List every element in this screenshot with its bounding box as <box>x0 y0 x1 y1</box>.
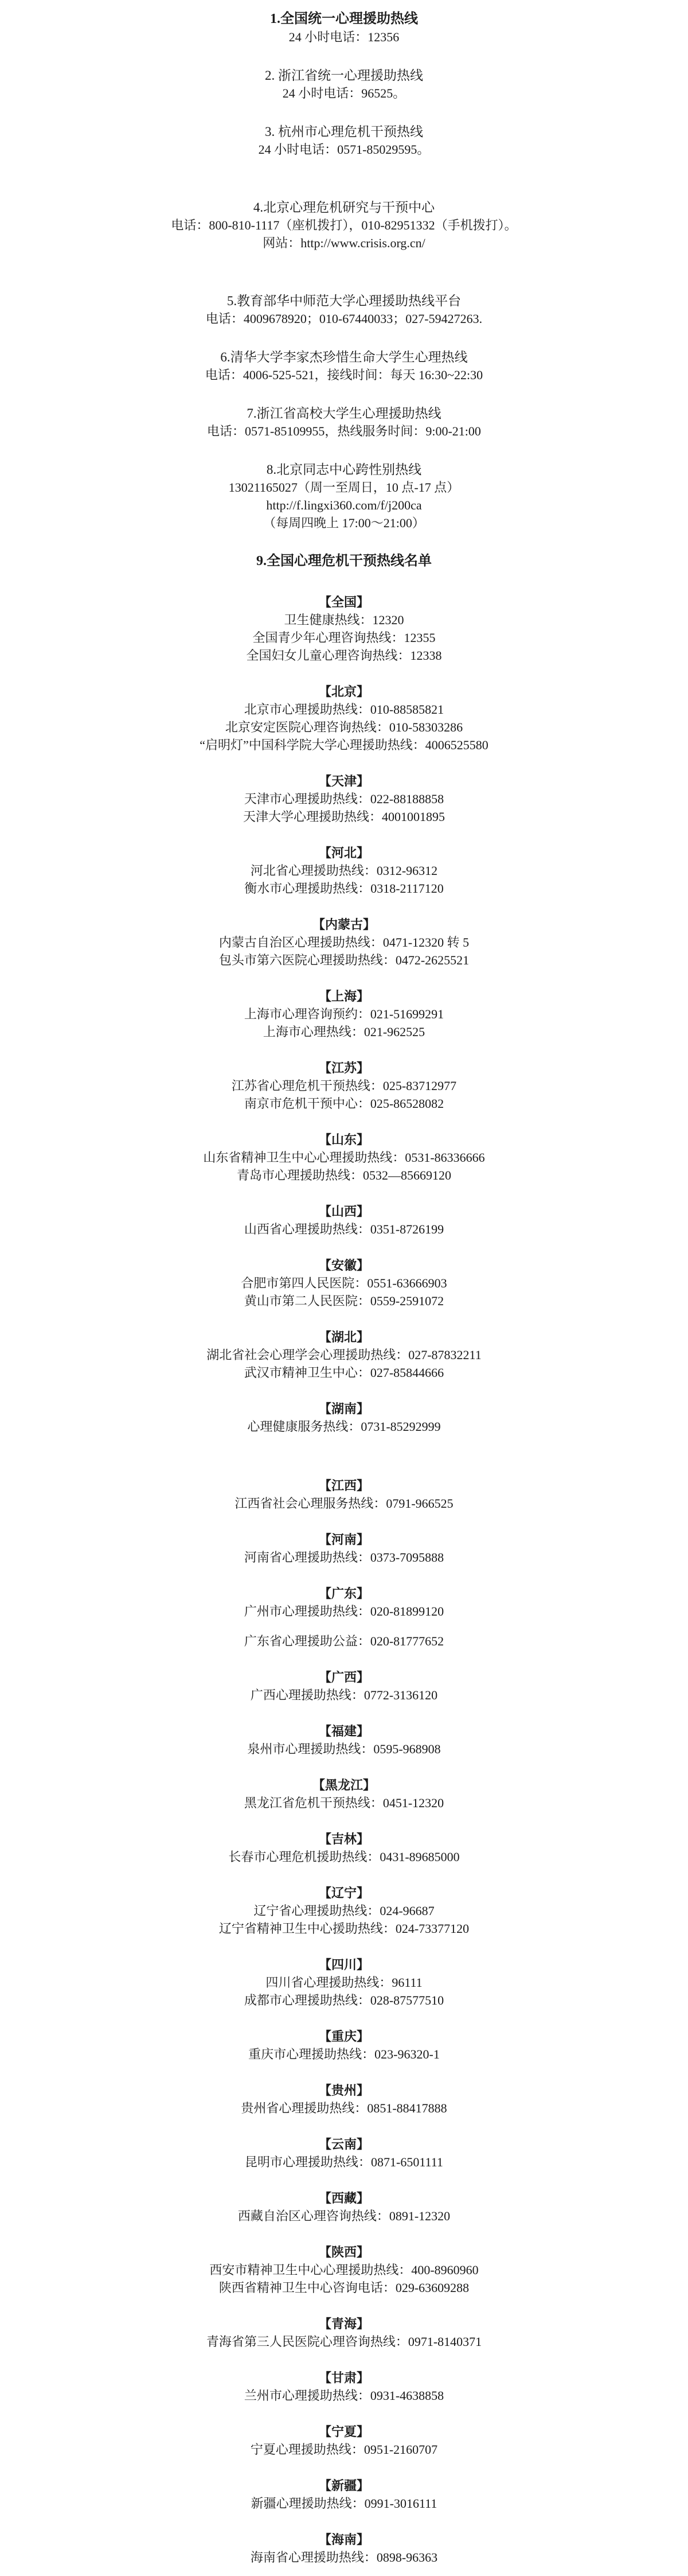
region-line: 河北省心理援助热线：0312-96312 <box>0 862 688 880</box>
region-line: 西藏自治区心理咨询热线：0891-12320 <box>0 2207 688 2225</box>
hotline-item: 2. 浙江省统一心理援助热线24 小时电话：96525。 <box>0 67 688 102</box>
region-header: 【贵州】 <box>0 2081 688 2099</box>
region-line: 河南省心理援助热线：0373-7095888 <box>0 1548 688 1566</box>
region-line: 天津大学心理援助热线：4001001895 <box>0 808 688 826</box>
region-header: 【江西】 <box>0 1477 688 1495</box>
region-line: 上海市心理咨询预约：021-51699291 <box>0 1005 688 1023</box>
region-section: 【河北】河北省心理援助热线：0312-96312衡水市心理援助热线：0318-2… <box>0 844 688 897</box>
hotline-line: 电话：800-810-1117（座机拨打），010-82951332（手机拨打）… <box>0 216 688 234</box>
region-line: 贵州省心理援助热线：0851-88417888 <box>0 2099 688 2117</box>
region-section: 【内蒙古】内蒙古自治区心理援助热线：0471-12320 转 5包头市第六医院心… <box>0 916 688 969</box>
region-header: 【河北】 <box>0 844 688 862</box>
hotline-title: 1.全国统一心理援助热线 <box>0 10 688 28</box>
hotline-line: 网站：http://www.crisis.org.cn/ <box>0 234 688 252</box>
region-line: 合肥市第四人民医院：0551-63666903 <box>0 1274 688 1292</box>
region-line: 昆明市心理援助热线：0871-6501111 <box>0 2153 688 2171</box>
region-line: 海南省心理援助热线：0898-96363 <box>0 2548 688 2566</box>
region-line: 衡水市心理援助热线：0318-2117120 <box>0 880 688 897</box>
region-header: 【四川】 <box>0 1956 688 1974</box>
hotline-title: 2. 浙江省统一心理援助热线 <box>0 67 688 84</box>
region-header: 【吉林】 <box>0 1830 688 1848</box>
region-header: 【北京】 <box>0 683 688 701</box>
region-header: 【湖北】 <box>0 1328 688 1346</box>
region-header: 【宁夏】 <box>0 2423 688 2441</box>
hotline-title: 5.教育部华中师范大学心理援助热线平台 <box>0 292 688 310</box>
directory-title: 9.全国心理危机干预热线名单 <box>0 552 688 570</box>
region-line: 广西心理援助热线：0772-3136120 <box>0 1686 688 1704</box>
region-section: 【新疆】新疆心理援助热线：0991-3016111 <box>0 2477 688 2512</box>
region-line: 黄山市第二人民医院：0559-2591072 <box>0 1292 688 1310</box>
region-line: 辽宁省精神卫生中心援助热线：024-73377120 <box>0 1920 688 1937</box>
region-header: 【内蒙古】 <box>0 916 688 933</box>
region-list: 【全国】卫生健康热线：12320全国青少年心理咨询热线：12355全国妇女儿童心… <box>0 593 688 2566</box>
region-section: 【江苏】江苏省心理危机干预热线：025-83712977南京市危机干预中心：02… <box>0 1059 688 1112</box>
region-section: 【西藏】西藏自治区心理咨询热线：0891-12320 <box>0 2189 688 2225</box>
region-line: 卫生健康热线：12320 <box>0 611 688 629</box>
hotline-document: 1.全国统一心理援助热线24 小时电话：123562. 浙江省统一心理援助热线2… <box>0 0 688 2576</box>
region-header: 【云南】 <box>0 2135 688 2153</box>
hotline-item: 5.教育部华中师范大学心理援助热线平台电话：4009678920；010-674… <box>0 292 688 328</box>
region-header: 【山西】 <box>0 1203 688 1220</box>
region-line: 重庆市心理援助热线：023-96320-1 <box>0 2045 688 2063</box>
region-header: 【黑龙江】 <box>0 1776 688 1794</box>
hotline-line: http://f.lingxi360.com/f/j200ca <box>0 496 688 514</box>
hotline-title: 7.浙江省高校大学生心理援助热线 <box>0 404 688 422</box>
region-header: 【甘肃】 <box>0 2369 688 2387</box>
region-header: 【青海】 <box>0 2315 688 2333</box>
region-header: 【广西】 <box>0 1668 688 1686</box>
region-line: 湖北省社会心理学会心理援助热线：027-87832211 <box>0 1346 688 1364</box>
region-section: 【黑龙江】黑龙江省危机干预热线：0451-12320 <box>0 1776 688 1812</box>
region-line: 宁夏心理援助热线：0951-2160707 <box>0 2441 688 2458</box>
region-header: 【天津】 <box>0 772 688 790</box>
region-section: 【广东】广州市心理援助热线：020-81899120广东省心理援助公益：020-… <box>0 1585 688 1650</box>
region-header: 【山东】 <box>0 1131 688 1149</box>
region-section: 【广西】广西心理援助热线：0772-3136120 <box>0 1668 688 1704</box>
region-line: 天津市心理援助热线：022-88188858 <box>0 790 688 808</box>
region-section: 【四川】四川省心理援助热线：96111成都市心理援助热线：028-8757751… <box>0 1956 688 2009</box>
region-line: 江西省社会心理服务热线：0791-966525 <box>0 1495 688 1512</box>
region-header: 【河南】 <box>0 1531 688 1548</box>
region-section: 【湖南】心理健康服务热线：0731-85292999 <box>0 1400 688 1435</box>
region-line: 山西省心理援助热线：0351-8726199 <box>0 1220 688 1238</box>
region-section: 【全国】卫生健康热线：12320全国青少年心理咨询热线：12355全国妇女儿童心… <box>0 593 688 664</box>
hotline-item: 7.浙江省高校大学生心理援助热线电话：0571-85109955，热线服务时间：… <box>0 404 688 440</box>
hotline-line: 电话：4006-525-521，接线时间：每天 16:30~22:30 <box>0 366 688 384</box>
hotline-item: 4.北京心理危机研究与干预中心电话：800-810-1117（座机拨打），010… <box>0 199 688 252</box>
region-line: 江苏省心理危机干预热线：025-83712977 <box>0 1077 688 1095</box>
region-line: “启明灯”中国科学院大学心理援助热线：4006525580 <box>0 736 688 754</box>
region-line: 广东省心理援助公益：020-81777652 <box>0 1632 688 1650</box>
region-line: 成都市心理援助热线：028-87577510 <box>0 1991 688 2009</box>
hotline-item: 8.北京同志中心跨性别热线13021165027（周一至周日，10 点-17 点… <box>0 461 688 532</box>
region-section: 【河南】河南省心理援助热线：0373-7095888 <box>0 1531 688 1566</box>
region-section: 【宁夏】宁夏心理援助热线：0951-2160707 <box>0 2423 688 2458</box>
hotline-line: （每周四晚上 17:00～21:00） <box>0 514 688 532</box>
region-line: 四川省心理援助热线：96111 <box>0 1974 688 1991</box>
region-section: 【山西】山西省心理援助热线：0351-8726199 <box>0 1203 688 1238</box>
region-section: 【辽宁】辽宁省心理援助热线：024-96687辽宁省精神卫生中心援助热线：024… <box>0 1884 688 1937</box>
hotline-line: 24 小时电话：96525。 <box>0 84 688 102</box>
hotline-title: 8.北京同志中心跨性别热线 <box>0 461 688 478</box>
region-header: 【辽宁】 <box>0 1884 688 1902</box>
region-line: 山东省精神卫生中心心理援助热线：0531-86336666 <box>0 1149 688 1166</box>
region-header: 【全国】 <box>0 593 688 611</box>
hotline-item: 1.全国统一心理援助热线24 小时电话：12356 <box>0 10 688 46</box>
region-line: 内蒙古自治区心理援助热线：0471-12320 转 5 <box>0 933 688 951</box>
region-section: 【北京】北京市心理援助热线：010-88585821北京安定医院心理咨询热线：0… <box>0 683 688 754</box>
region-section: 【上海】上海市心理咨询预约：021-51699291上海市心理热线：021-96… <box>0 987 688 1041</box>
region-section: 【安徽】合肥市第四人民医院：0551-63666903黄山市第二人民医院：055… <box>0 1256 688 1310</box>
region-header: 【安徽】 <box>0 1256 688 1274</box>
region-header: 【广东】 <box>0 1585 688 1602</box>
region-line: 长春市心理危机援助热线：0431-89685000 <box>0 1848 688 1866</box>
hotline-line: 13021165027（周一至周日，10 点-17 点） <box>0 478 688 496</box>
region-section: 【福建】泉州市心理援助热线：0595-968908 <box>0 1722 688 1758</box>
hotline-title: 3. 杭州市心理危机干预热线 <box>0 123 688 141</box>
region-header: 【陕西】 <box>0 2243 688 2261</box>
region-section: 【山东】山东省精神卫生中心心理援助热线：0531-86336666青岛市心理援助… <box>0 1131 688 1184</box>
hotline-line: 电话：0571-85109955，热线服务时间：9:00-21:00 <box>0 422 688 440</box>
hotline-item: 6.清华大学李家杰珍惜生命大学生心理热线电话：4006-525-521，接线时间… <box>0 348 688 384</box>
region-line: 辽宁省心理援助热线：024-96687 <box>0 1902 688 1920</box>
region-line: 心理健康服务热线：0731-85292999 <box>0 1418 688 1435</box>
hotline-title: 6.清华大学李家杰珍惜生命大学生心理热线 <box>0 348 688 366</box>
region-line: 黑龙江省危机干预热线：0451-12320 <box>0 1794 688 1812</box>
region-section: 【云南】昆明市心理援助热线：0871-6501111 <box>0 2135 688 2171</box>
region-header: 【重庆】 <box>0 2028 688 2045</box>
region-line: 武汉市精神卫生中心：027-85844666 <box>0 1364 688 1382</box>
region-section: 【甘肃】兰州市心理援助热线：0931-4638858 <box>0 2369 688 2404</box>
hotline-title: 4.北京心理危机研究与干预中心 <box>0 199 688 216</box>
region-line: 广州市心理援助热线：020-81899120 <box>0 1602 688 1620</box>
hotline-line: 24 小时电话：0571-85029595。 <box>0 141 688 158</box>
region-line: 青海省第三人民医院心理咨询热线：0971-8140371 <box>0 2333 688 2351</box>
region-section: 【重庆】重庆市心理援助热线：023-96320-1 <box>0 2028 688 2063</box>
region-line: 新疆心理援助热线：0991-3016111 <box>0 2495 688 2512</box>
region-header: 【西藏】 <box>0 2189 688 2207</box>
region-section: 【吉林】长春市心理危机援助热线：0431-89685000 <box>0 1830 688 1866</box>
region-header: 【福建】 <box>0 1722 688 1740</box>
region-header: 【湖南】 <box>0 1400 688 1418</box>
region-section: 【湖北】湖北省社会心理学会心理援助热线：027-87832211武汉市精神卫生中… <box>0 1328 688 1382</box>
region-header: 【海南】 <box>0 2531 688 2548</box>
region-line: 北京市心理援助热线：010-88585821 <box>0 701 688 718</box>
region-header: 【新疆】 <box>0 2477 688 2495</box>
region-line: 全国青少年心理咨询热线：12355 <box>0 629 688 647</box>
hotline-item: 3. 杭州市心理危机干预热线24 小时电话：0571-85029595。 <box>0 123 688 158</box>
region-line: 南京市危机干预中心：025-86528082 <box>0 1095 688 1112</box>
hotline-line: 电话：4009678920；010-67440033；027-59427263. <box>0 310 688 328</box>
region-line: 西安市精神卫生中心心理援助热线：400-8960960 <box>0 2261 688 2279</box>
region-section: 【陕西】西安市精神卫生中心心理援助热线：400-8960960陕西省精神卫生中心… <box>0 2243 688 2297</box>
region-line: 北京安定医院心理咨询热线：010-58303286 <box>0 718 688 736</box>
region-section: 【海南】海南省心理援助热线：0898-96363 <box>0 2531 688 2566</box>
region-header: 【上海】 <box>0 987 688 1005</box>
region-section: 【贵州】贵州省心理援助热线：0851-88417888 <box>0 2081 688 2117</box>
top-hotlines-list: 1.全国统一心理援助热线24 小时电话：123562. 浙江省统一心理援助热线2… <box>0 10 688 532</box>
region-line: 青岛市心理援助热线：0532—85669120 <box>0 1166 688 1184</box>
region-section: 【天津】天津市心理援助热线：022-88188858天津大学心理援助热线：400… <box>0 772 688 826</box>
region-header: 【江苏】 <box>0 1059 688 1077</box>
region-line: 陕西省精神卫生中心咨询电话：029-63609288 <box>0 2279 688 2297</box>
region-line: 上海市心理热线：021-962525 <box>0 1023 688 1041</box>
hotline-line: 24 小时电话：12356 <box>0 28 688 46</box>
region-line: 泉州市心理援助热线：0595-968908 <box>0 1740 688 1758</box>
region-section: 【江西】江西省社会心理服务热线：0791-966525 <box>0 1477 688 1512</box>
region-section: 【青海】青海省第三人民医院心理咨询热线：0971-8140371 <box>0 2315 688 2351</box>
region-line: 兰州市心理援助热线：0931-4638858 <box>0 2387 688 2404</box>
region-line: 包头市第六医院心理援助热线：0472-2625521 <box>0 951 688 969</box>
region-line: 全国妇女儿童心理咨询热线：12338 <box>0 647 688 664</box>
